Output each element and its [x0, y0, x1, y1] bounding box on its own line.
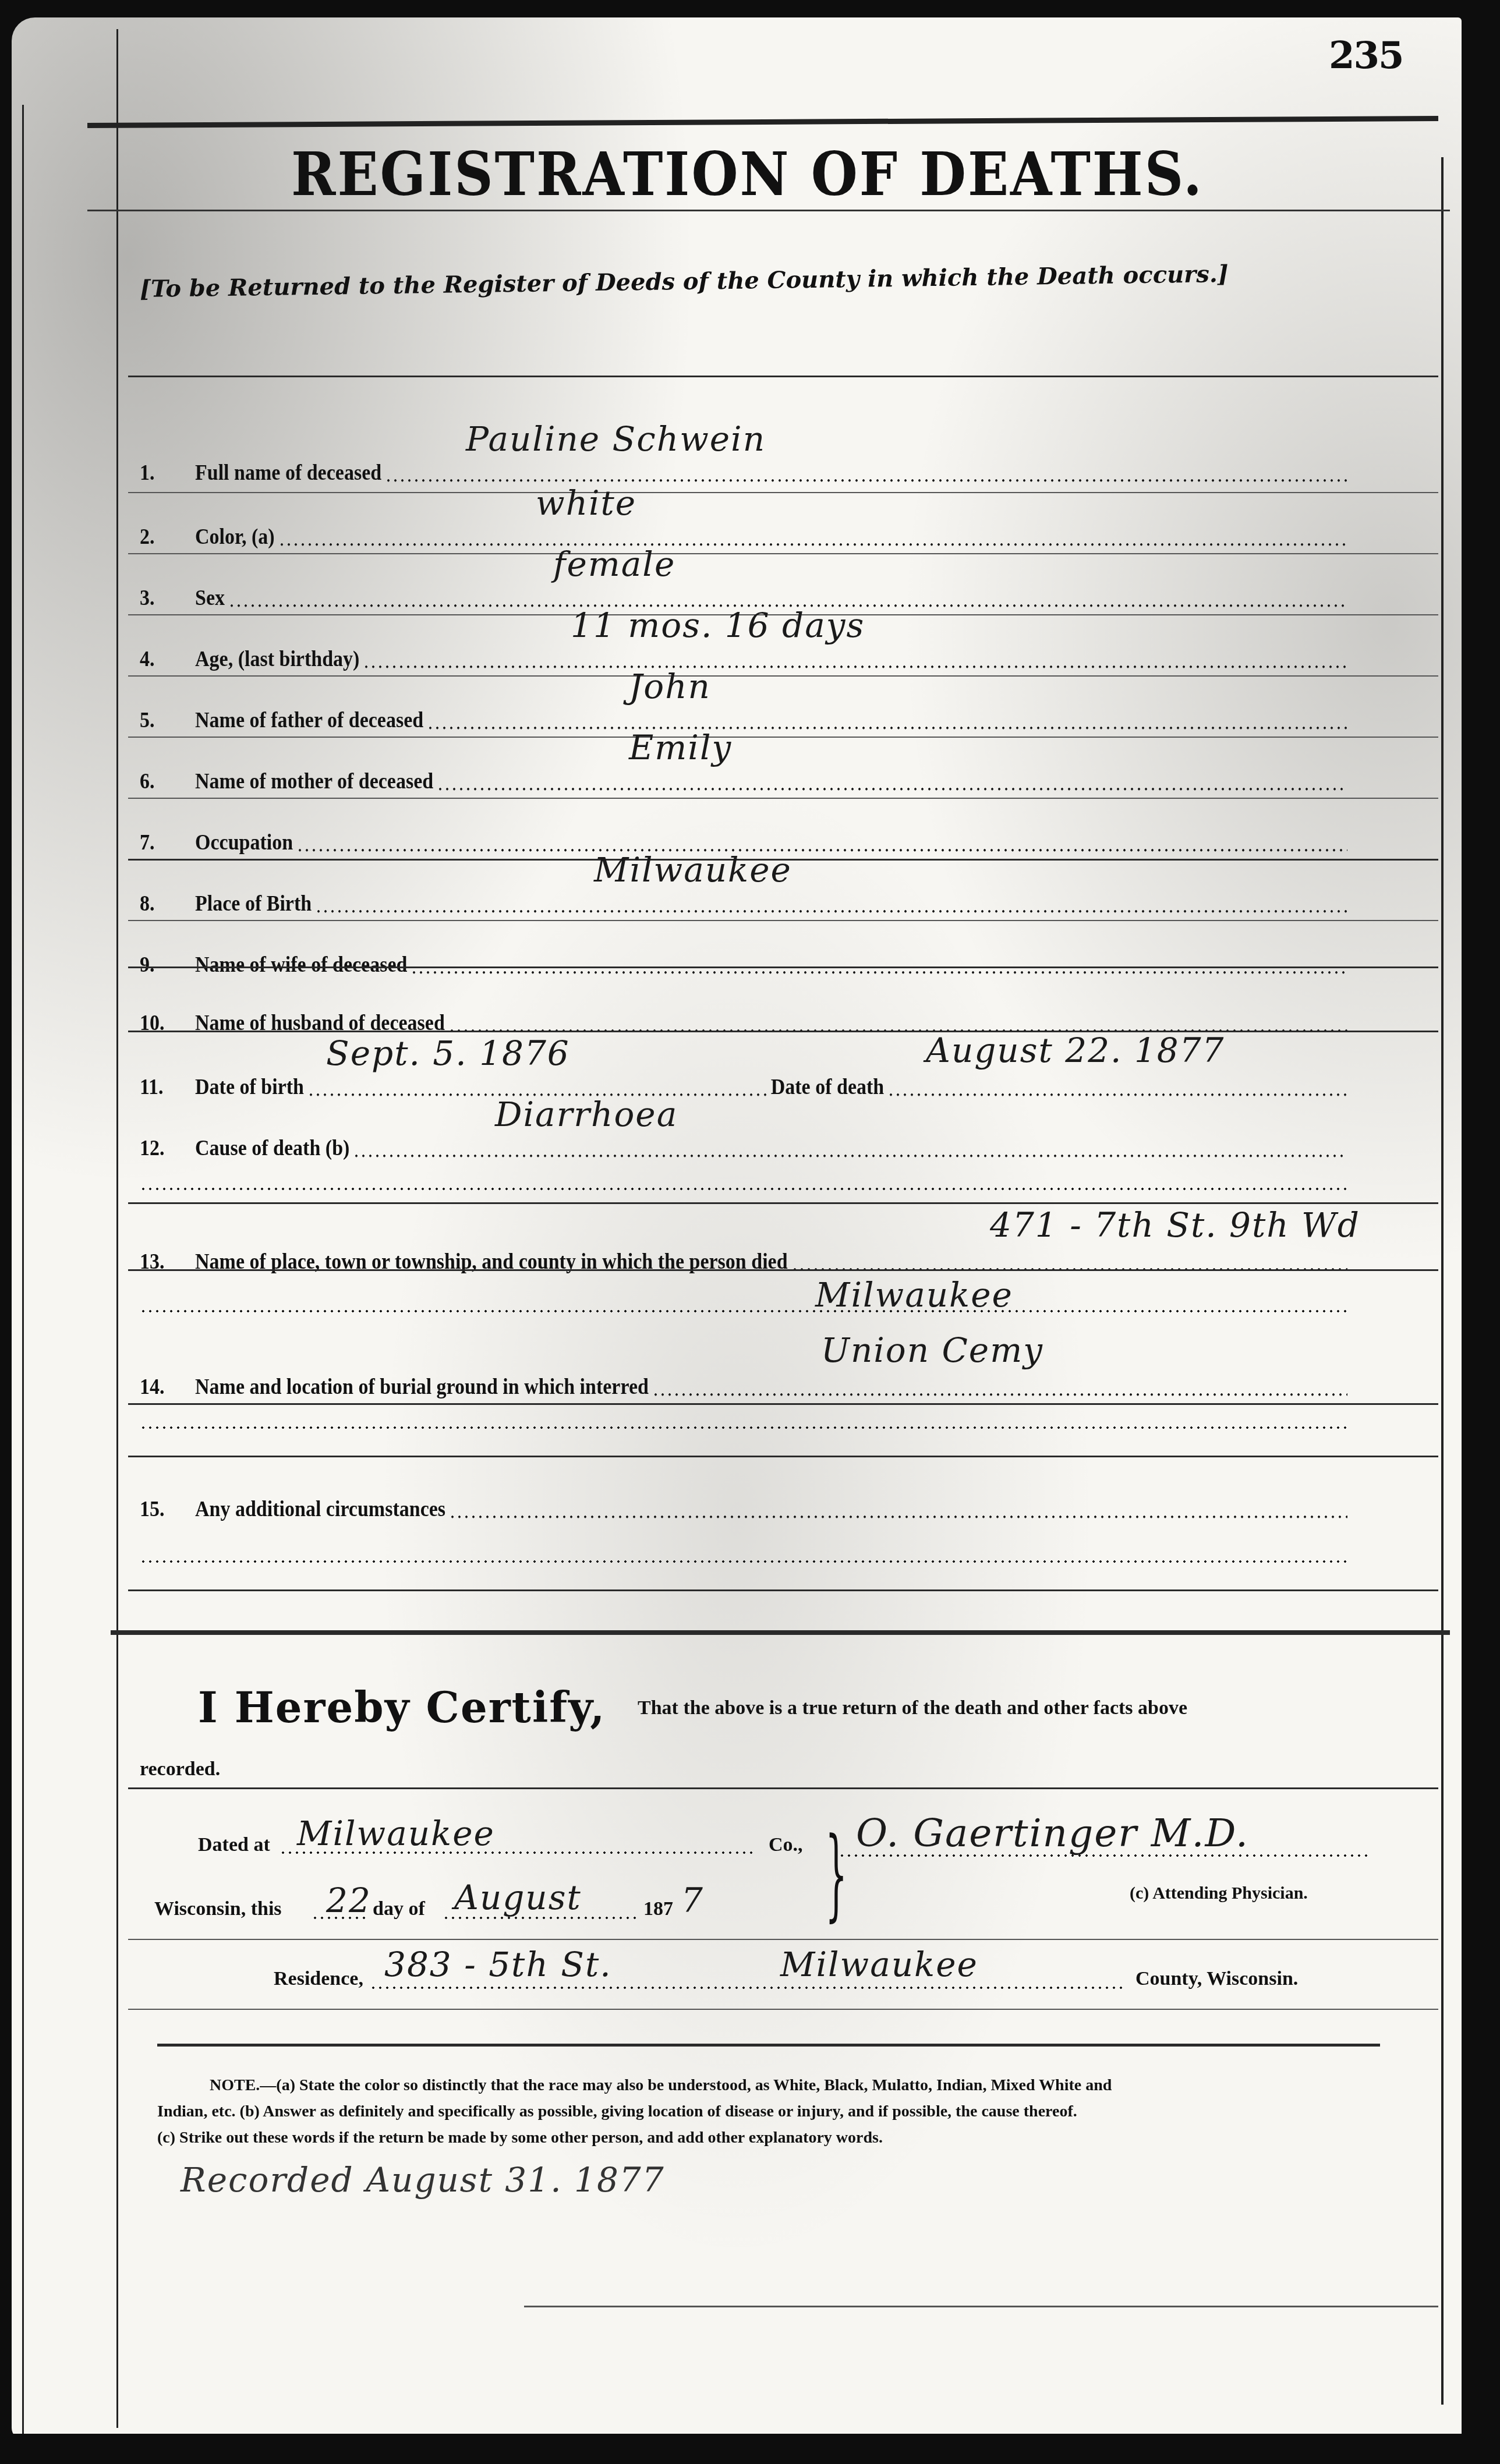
row-rule: [128, 920, 1438, 921]
full-name-value[interactable]: Pauline Schwein: [466, 419, 766, 459]
field-husband-name: 10. Name of husband of deceased: [140, 985, 1351, 1036]
field-occupation: 7. Occupation: [140, 804, 1351, 855]
dated-at-value[interactable]: Milwaukee: [297, 1814, 495, 1853]
notes-divider: [157, 2044, 1380, 2047]
dotted-line: [140, 1310, 1351, 1312]
year-suffix-value[interactable]: 7: [681, 1881, 704, 1920]
mother-name-value[interactable]: Emily: [629, 728, 732, 767]
burial-ground-value[interactable]: Union Cemy: [821, 1330, 1043, 1370]
field-label: Full name of deceased: [195, 461, 381, 486]
dotted-leader: [887, 1093, 1347, 1096]
field-cause-of-death: 12. Cause of death (b): [140, 1110, 1351, 1161]
signature-role: (c) Attending Physician.: [1130, 1884, 1308, 1903]
sex-value[interactable]: female: [553, 544, 675, 584]
color-value[interactable]: white: [536, 483, 636, 523]
dotted-line: [370, 1987, 1127, 1989]
bottom-rule: [524, 2306, 1438, 2307]
field-label: Name of wife of deceased: [195, 953, 407, 978]
field-burial-ground: 14. Name and location of burial ground i…: [140, 1348, 1351, 1400]
field-label: Color, (a): [195, 525, 275, 550]
field-number: 8.: [140, 892, 195, 916]
death-register-page: 235 REGISTRATION OF DEATHS. [To be Retur…: [12, 17, 1462, 2440]
row-rule: [128, 1031, 1438, 1032]
divider: [128, 376, 1438, 377]
residence-label: Residence,: [274, 1968, 363, 1990]
dotted-leader: [411, 971, 1347, 973]
month-value[interactable]: August: [454, 1878, 582, 1917]
physician-signature[interactable]: O. Gaertinger M.D.: [856, 1811, 1249, 1856]
certify-text-continued: recorded.: [140, 1758, 220, 1780]
row-rule: [128, 1787, 1438, 1789]
dotted-line: [140, 1426, 1351, 1429]
field-label-date-of-death: Date of death: [771, 1075, 885, 1100]
document-subtitle: [To be Returned to the Register of Deeds…: [140, 260, 1229, 303]
field-color: 2. Color, (a): [140, 498, 1351, 550]
page-edge-rule: [22, 105, 24, 2434]
day-value[interactable]: 22: [326, 1881, 372, 1920]
field-number: 2.: [140, 525, 195, 550]
dotted-leader: [296, 849, 1347, 851]
field-additional-circumstances: 15. Any additional circumstances: [140, 1471, 1351, 1522]
field-label: Date of birth: [195, 1075, 304, 1100]
date-of-death-value[interactable]: August 22. 1877: [926, 1031, 1225, 1070]
field-sex: 3. Sex: [140, 560, 1351, 611]
row-rule: [128, 1202, 1438, 1204]
day-of-label: day of: [373, 1898, 425, 1920]
dotted-line: [140, 1188, 1351, 1190]
brace: }: [825, 1817, 847, 1932]
year-prefix: 187: [643, 1898, 673, 1920]
title-rule: [87, 210, 1450, 211]
field-label: Name of father of deceased: [195, 709, 423, 733]
dated-at-label: Dated at: [198, 1834, 270, 1856]
field-label: Sex: [195, 586, 225, 611]
field-number: 15.: [140, 1497, 195, 1522]
field-label: Cause of death (b): [195, 1137, 349, 1161]
field-label: Any additional circumstances: [195, 1497, 445, 1522]
left-margin-rule: [116, 29, 118, 2428]
field-number: 5.: [140, 709, 195, 733]
row-rule: [128, 1456, 1438, 1457]
dotted-leader: [652, 1393, 1347, 1396]
cause-of-death-value[interactable]: Diarrhoea: [495, 1095, 678, 1134]
field-number: 1.: [140, 461, 195, 486]
residence-value[interactable]: 383 - 5th St.: [384, 1945, 612, 1984]
dotted-line: [140, 1560, 1351, 1563]
date-of-birth-value[interactable]: Sept. 5. 1876: [326, 1033, 570, 1073]
row-rule: [128, 492, 1438, 493]
note-line-a: NOTE.—(a) State the color so distinctly …: [157, 2073, 1380, 2098]
field-father-name: 5. Name of father of deceased: [140, 682, 1351, 733]
place-of-death-county-value[interactable]: Milwaukee: [815, 1275, 1013, 1315]
field-label: Occupation: [195, 831, 293, 855]
row-rule: [128, 1939, 1438, 1940]
field-label: Place of Birth: [195, 892, 312, 916]
age-value[interactable]: 11 mos. 16 days: [571, 606, 865, 645]
field-number: 14.: [140, 1375, 195, 1400]
row-rule: [128, 967, 1438, 968]
field-mother-name: 6. Name of mother of deceased: [140, 743, 1351, 794]
field-number: 12.: [140, 1137, 195, 1161]
recorded-date-note: Recorded August 31. 1877: [181, 2160, 665, 2200]
field-label: Name and location of burial ground in wh…: [195, 1375, 649, 1400]
certify-heading: I Hereby Certify,: [198, 1683, 606, 1732]
field-label: Name of mother of deceased: [195, 770, 433, 794]
dotted-leader: [427, 727, 1347, 729]
field-label: Age, (last birthday): [195, 647, 359, 672]
row-rule: [128, 2009, 1438, 2010]
dotted-leader: [315, 910, 1347, 912]
field-wife-name: 9. Name of wife of deceased: [140, 926, 1351, 978]
dotted-leader: [363, 665, 1347, 668]
scan-shadow: [0, 2434, 1500, 2464]
document-title: REGISTRATION OF DEATHS.: [291, 139, 1204, 210]
place-of-death-value[interactable]: 471 - 7th St. 9th Wd: [990, 1205, 1360, 1245]
field-number: 11.: [140, 1075, 195, 1100]
field-number: 4.: [140, 647, 195, 672]
residence-county-value[interactable]: Milwaukee: [780, 1945, 978, 1984]
field-number: 3.: [140, 586, 195, 611]
row-rule: [128, 1589, 1438, 1591]
field-number: 7.: [140, 831, 195, 855]
co-label: Co.,: [769, 1834, 803, 1856]
certify-text: That the above is a true return of the d…: [638, 1697, 1187, 1719]
dotted-leader: [437, 788, 1347, 790]
row-rule: [128, 1269, 1438, 1271]
right-margin-rule: [1441, 157, 1444, 2405]
dotted-leader: [353, 1155, 1347, 1157]
row-rule: [128, 553, 1438, 554]
page-number: 235: [1329, 34, 1403, 77]
dotted-leader: [278, 543, 1347, 546]
note-line-b: Indian, etc. (b) Answer as definitely an…: [157, 2099, 1380, 2125]
row-rule: [128, 737, 1438, 738]
row-rule: [128, 798, 1438, 799]
field-number: 9.: [140, 953, 195, 978]
dotted-leader: [385, 479, 1347, 482]
wisconsin-this-label: Wisconsin, this: [154, 1898, 282, 1920]
father-name-value[interactable]: John: [629, 667, 711, 706]
field-number: 6.: [140, 770, 195, 794]
header-rule: [87, 116, 1438, 128]
residence-suffix: County, Wisconsin.: [1135, 1968, 1298, 1990]
place-of-birth-value[interactable]: Milwaukee: [594, 850, 792, 890]
row-rule: [128, 1403, 1438, 1405]
note-line-c: (c) Strike out these words if the return…: [157, 2125, 1380, 2151]
dotted-leader: [449, 1516, 1347, 1518]
section-divider: [111, 1630, 1450, 1635]
row-rule: [128, 675, 1438, 677]
